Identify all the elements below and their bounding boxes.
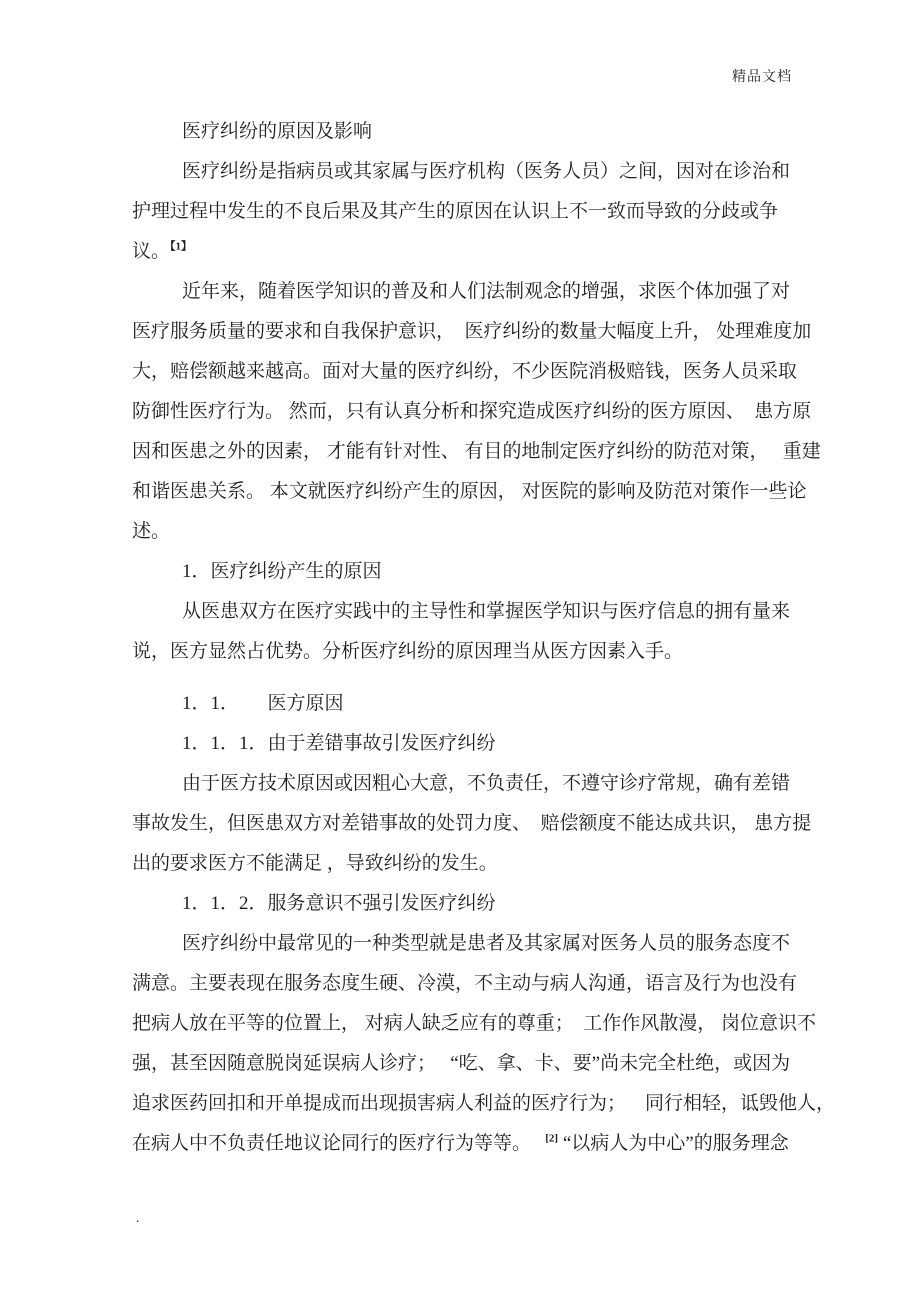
- body-line: 防御性医疗行为。 然而，只有认真分析和探究造成医疗纠纷的医方原因、 患方原: [132, 392, 822, 432]
- body-line: 医疗纠纷是指病员或其家属与医疗机构（医务人员）之间，因对在诊治和: [132, 152, 822, 192]
- text-run: “以病人为中心”的服务理念: [558, 1133, 789, 1154]
- heading-line: 1．1．1．由于差错事故引发医疗纠纷: [132, 724, 822, 764]
- body-line: 议。【1】: [132, 232, 822, 272]
- text-run: 1．1．2．服务意识不强引发医疗纠纷: [182, 893, 496, 914]
- text-run: 1．医疗纠纷产生的原因: [182, 561, 382, 582]
- text-run: 防御性医疗行为。 然而，只有认真分析和探究造成医疗纠纷的医方原因、 患方原: [132, 401, 811, 422]
- body-line: 出的要求医方不能满足 ，导致纠纷的发生。: [132, 844, 822, 884]
- text-run: 事故发生，但医患双方对差错事故的处罚力度、 赔偿额度不能达成共识， 患方提: [132, 813, 811, 834]
- text-run: 由于医方技术原因或因粗心大意，不负责任，不遵守诊疗常规，确有差错: [182, 773, 790, 794]
- text-run: 护理过程中发生的不良后果及其产生的原因在认识上不一致而导致的分歧或争: [132, 201, 778, 222]
- body-line: 由于医方技术原因或因粗心大意，不负责任，不遵守诊疗常规，确有差错: [132, 764, 822, 804]
- body-line: 医疗服务质量的要求和自我保护意识， 医疗纠纷的数量大幅度上升， 处理难度加: [132, 312, 822, 352]
- text-run: 在病人中不负责任地议论同行的医疗行为等等。: [132, 1133, 545, 1154]
- text-run: 出的要求医方不能满足 ，导致纠纷的发生。: [132, 853, 498, 874]
- text-run: 医疗纠纷是指病员或其家属与医疗机构（医务人员）之间，因对在诊治和: [182, 161, 790, 182]
- text-run: 把病人放在平等的位置上， 对病人缺乏应有的尊重； 工作作风散漫， 岗位意识不: [132, 1013, 816, 1034]
- body-line: 强，甚至因随意脱岗延误病人诊疗； “吃、拿、卡、要”尚未完全杜绝，或因为: [132, 1044, 822, 1084]
- heading-line: 1．1．2．服务意识不强引发医疗纠纷: [132, 884, 822, 924]
- text-run: 医疗服务质量的要求和自我保护意识， 医疗纠纷的数量大幅度上升， 处理难度加: [132, 321, 811, 342]
- body-line: 医疗纠纷中最常见的一种类型就是患者及其家属对医务人员的服务态度不: [132, 924, 822, 964]
- text-run: 从医患双方在医疗实践中的主导性和掌握医学知识与医疗信息的拥有量来: [182, 601, 790, 622]
- body-line: 追求医药回扣和开单提成而出现损害病人利益的医疗行为； 同行相轻，诋毁他人，: [132, 1084, 822, 1124]
- text-run: 因和医患之外的因素， 才能有针对性、 有目的地制定医疗纠纷的防范对策， 重建: [132, 441, 821, 462]
- body-line: 满意。主要表现在服务态度生硬、冷漠，不主动与病人沟通，语言及行为也没有: [132, 964, 822, 1004]
- heading-line: 1．医疗纠纷产生的原因: [132, 552, 822, 592]
- text-run: 满意。主要表现在服务态度生硬、冷漠，不主动与病人沟通，语言及行为也没有: [132, 973, 797, 994]
- body-line: 护理过程中发生的不良后果及其产生的原因在认识上不一致而导致的分歧或争: [132, 192, 822, 232]
- body-line: 说，医方显然占优势。分析医疗纠纷的原因理当从医方因素入手。: [132, 632, 822, 672]
- body-line: 述。: [132, 512, 822, 552]
- body-line: 因和医患之外的因素， 才能有针对性、 有目的地制定医疗纠纷的防范对策， 重建: [132, 432, 822, 472]
- text-run: 强，甚至因随意脱岗延误病人诊疗； “吃、拿、卡、要”尚未完全杜绝，或因为: [132, 1053, 790, 1074]
- header-watermark: 精品文档: [732, 66, 792, 86]
- body-line: 近年来，随着医学知识的普及和人们法制观念的增强，求医个体加强了对: [132, 272, 822, 312]
- footnote-ref: 【1】: [170, 241, 192, 253]
- body-line: 和谐医患关系。 本文就医疗纠纷产生的原因， 对医院的影响及防范对策作一些论: [132, 472, 822, 512]
- body-line: 从医患双方在医疗实践中的主导性和掌握医学知识与医疗信息的拥有量来: [132, 592, 822, 632]
- body-line: 把病人放在平等的位置上， 对病人缺乏应有的尊重； 工作作风散漫， 岗位意识不: [132, 1004, 822, 1044]
- body-line: 事故发生，但医患双方对差错事故的处罚力度、 赔偿额度不能达成共识， 患方提: [132, 804, 822, 844]
- text-run: 追求医药回扣和开单提成而出现损害病人利益的医疗行为； 同行相轻，诋毁他人，: [132, 1093, 835, 1114]
- text-run: 大，赔偿额越来越高。面对大量的医疗纠纷，不少医院消极赔钱，医务人员采取: [132, 361, 797, 382]
- text-run: 医疗纠纷中最常见的一种类型就是患者及其家属对医务人员的服务态度不: [182, 933, 790, 954]
- text-run: 议。: [132, 241, 170, 262]
- document-title-line: 医疗纠纷的原因及影响: [132, 112, 822, 152]
- text-run: 说，医方显然占优势。分析医疗纠纷的原因理当从医方因素入手。: [132, 641, 683, 662]
- text-run: 和谐医患关系。 本文就医疗纠纷产生的原因， 对医院的影响及防范对策作一些论: [132, 481, 807, 502]
- heading-line: 1．1． 医方原因: [132, 684, 822, 724]
- body-line: 大，赔偿额越来越高。面对大量的医疗纠纷，不少医院消极赔钱，医务人员采取: [132, 352, 822, 392]
- text-run: 医疗纠纷的原因及影响: [182, 121, 372, 142]
- text-run: 1．1． 医方原因: [182, 693, 344, 714]
- footnote-ref: [2]: [545, 1133, 558, 1145]
- footer-mark: .: [136, 1210, 139, 1226]
- document-body: 医疗纠纷的原因及影响医疗纠纷是指病员或其家属与医疗机构（医务人员）之间，因对在诊…: [132, 112, 822, 1164]
- text-run: 近年来，随着医学知识的普及和人们法制观念的增强，求医个体加强了对: [182, 281, 790, 302]
- body-line: 在病人中不负责任地议论同行的医疗行为等等。 [2] “以病人为中心”的服务理念: [132, 1124, 822, 1164]
- text-run: 述。: [132, 521, 170, 542]
- document-page: 精品文档 医疗纠纷的原因及影响医疗纠纷是指病员或其家属与医疗机构（医务人员）之间…: [0, 0, 920, 1303]
- text-run: 1．1．1．由于差错事故引发医疗纠纷: [182, 733, 496, 754]
